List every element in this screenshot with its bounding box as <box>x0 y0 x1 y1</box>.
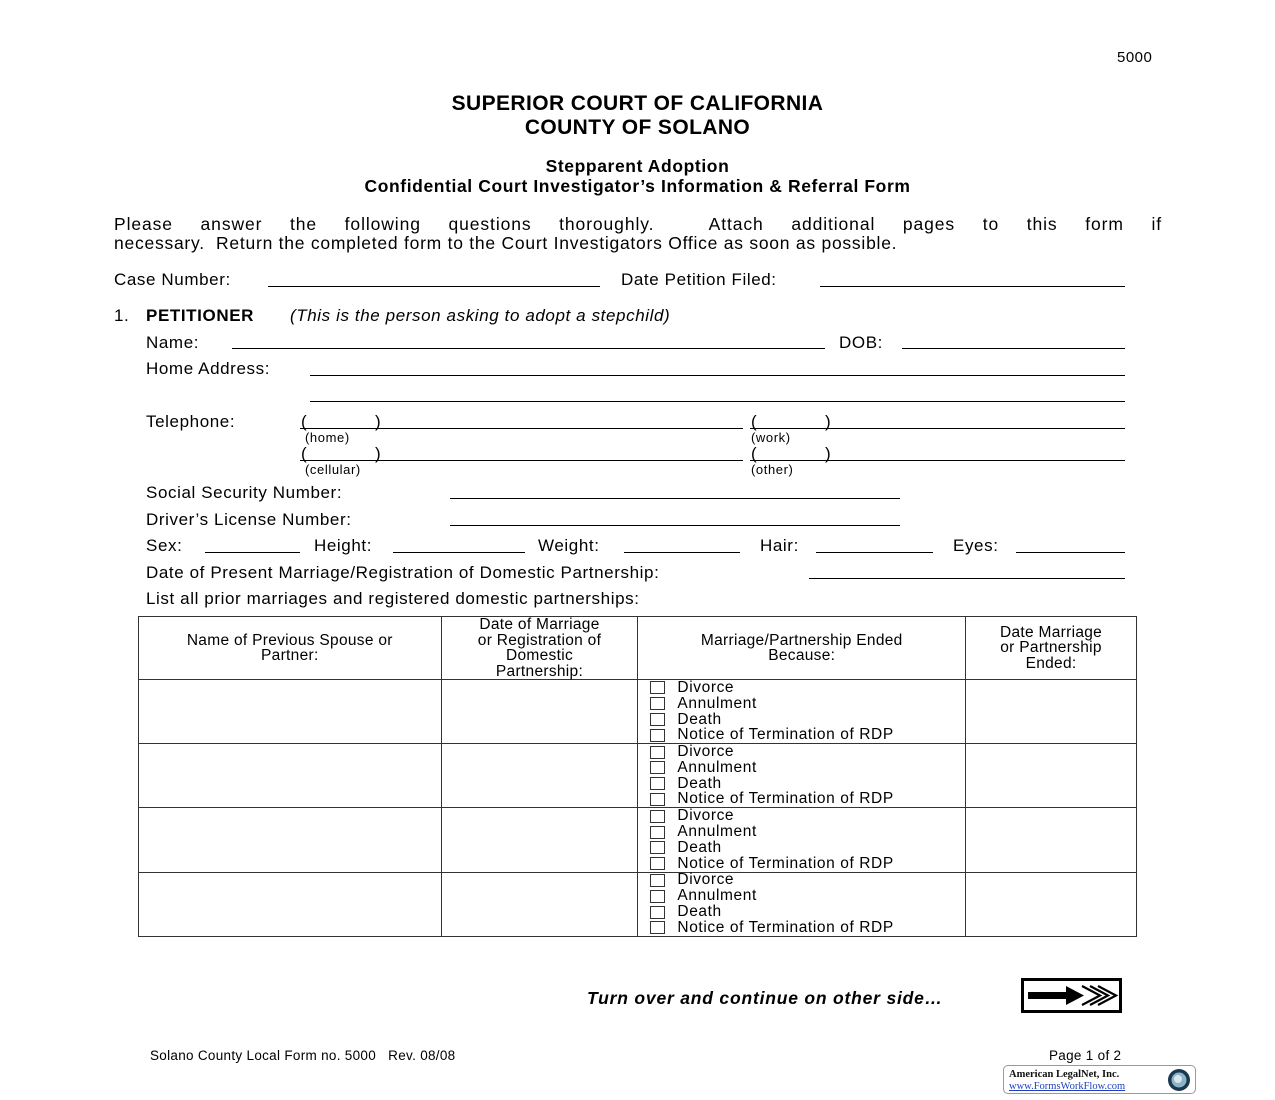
checkbox[interactable] <box>650 761 665 774</box>
ssn-field[interactable] <box>450 498 900 499</box>
checkbox[interactable] <box>650 713 665 726</box>
table-header-row: Name of Previous Spouse orPartner: Date … <box>139 617 1137 680</box>
reason-label: Notice of Termination of RDP <box>677 855 893 873</box>
previous-spouse-cell[interactable] <box>139 680 442 744</box>
prior-marriages-label: List all prior marriages and registered … <box>146 589 640 609</box>
reason-option[interactable]: Death <box>638 904 965 920</box>
ssn-label: Social Security Number: <box>146 483 342 503</box>
arrow-right-icon <box>1021 978 1122 1013</box>
hair-label: Hair: <box>760 536 799 556</box>
reason-option[interactable]: Death <box>638 840 965 856</box>
cell-area-code-open: ( <box>301 444 307 464</box>
ended-because-cell: DivorceAnnulmentDeathNotice of Terminati… <box>638 872 966 936</box>
reason-option[interactable]: Divorce <box>638 873 965 889</box>
header-line: Partner: <box>139 648 441 664</box>
instructions-line1: Please answer the following questions th… <box>114 214 1162 235</box>
reason-option[interactable]: Death <box>638 776 965 792</box>
header-line: or Partnership <box>966 640 1136 656</box>
section-number: 1. <box>114 306 129 326</box>
reason-option[interactable]: Divorce <box>638 680 965 696</box>
phone-work-label: (work) <box>751 430 791 445</box>
checkbox[interactable] <box>650 826 665 839</box>
date-ended-cell[interactable] <box>966 744 1137 808</box>
phone-other-label: (other) <box>751 462 794 477</box>
header-previous-spouse: Name of Previous Spouse orPartner: <box>139 617 442 680</box>
date-ended-cell[interactable] <box>966 680 1137 744</box>
date-petition-filed-label: Date Petition Filed: <box>621 270 777 290</box>
section-title: PETITIONER <box>146 306 254 326</box>
checkbox[interactable] <box>650 841 665 854</box>
home-address-field-line1[interactable] <box>310 375 1125 376</box>
checkbox[interactable] <box>650 793 665 806</box>
drivers-license-field[interactable] <box>450 525 900 526</box>
sex-field[interactable] <box>205 552 300 553</box>
phone-cellular-label: (cellular) <box>305 462 361 477</box>
footer-form-info: Solano County Local Form no. 5000 Rev. 0… <box>150 1048 455 1063</box>
checkbox[interactable] <box>650 906 665 919</box>
checkbox[interactable] <box>650 746 665 759</box>
phone-home-label: (home) <box>305 430 350 445</box>
drivers-license-label: Driver’s License Number: <box>146 510 352 530</box>
header-line: Name of Previous Spouse or <box>139 633 441 649</box>
case-number-label: Case Number: <box>114 270 231 290</box>
reason-option[interactable]: Annulment <box>638 888 965 904</box>
county-name: COUNTY OF SOLANO <box>0 116 1275 140</box>
checkbox[interactable] <box>650 681 665 694</box>
date-of-marriage-cell[interactable] <box>441 808 638 872</box>
previous-spouse-cell[interactable] <box>139 744 442 808</box>
checkbox[interactable] <box>650 857 665 870</box>
previous-spouse-cell[interactable] <box>139 808 442 872</box>
phone-work-field[interactable] <box>750 428 1125 429</box>
header-ended-because: Marriage/Partnership EndedBecause: <box>638 617 966 680</box>
reason-option[interactable]: Annulment <box>638 760 965 776</box>
table-row: DivorceAnnulmentDeathNotice of Terminati… <box>139 744 1137 808</box>
work-area-code-open: ( <box>751 412 757 432</box>
instructions-line2: necessary. Return the completed form to … <box>114 233 897 254</box>
table-row: DivorceAnnulmentDeathNotice of Terminati… <box>139 680 1137 744</box>
name-label: Name: <box>146 333 199 353</box>
reason-option[interactable]: Notice of Termination of RDP <box>638 792 965 808</box>
dob-field[interactable] <box>902 348 1125 349</box>
phone-other-field[interactable] <box>750 460 1125 461</box>
ended-because-cell: DivorceAnnulmentDeathNotice of Terminati… <box>638 744 966 808</box>
telephone-label: Telephone: <box>146 412 235 432</box>
checkbox[interactable] <box>650 729 665 742</box>
checkbox[interactable] <box>650 810 665 823</box>
weight-label: Weight: <box>538 536 600 556</box>
sex-label: Sex: <box>146 536 182 556</box>
reason-option[interactable]: Annulment <box>638 824 965 840</box>
home-area-code-open: ( <box>301 412 307 432</box>
weight-field[interactable] <box>624 552 740 553</box>
footer-page-info: Page 1 of 2 <box>1049 1048 1121 1063</box>
date-of-marriage-cell[interactable] <box>441 872 638 936</box>
checkbox[interactable] <box>650 890 665 903</box>
eyes-field[interactable] <box>1016 552 1125 553</box>
header-date-of-marriage: Date of Marriageor Registration ofDomest… <box>441 617 638 680</box>
prior-marriages-table: Name of Previous Spouse orPartner: Date … <box>138 616 1137 937</box>
checkbox[interactable] <box>650 874 665 887</box>
header-line: Date of Marriage <box>442 617 638 633</box>
section-note: (This is the person asking to adopt a st… <box>290 306 670 326</box>
checkbox[interactable] <box>650 921 665 934</box>
vendor-badge[interactable]: American LegalNet, Inc. www.FormsWorkFlo… <box>1003 1065 1196 1094</box>
other-area-code-open: ( <box>751 444 757 464</box>
form-subtitle: Stepparent Adoption <box>0 156 1275 177</box>
reason-option[interactable]: Divorce <box>638 808 965 824</box>
table-row: DivorceAnnulmentDeathNotice of Terminati… <box>139 808 1137 872</box>
header-line: Because: <box>638 648 965 664</box>
home-address-field-line2[interactable] <box>310 401 1125 402</box>
ended-because-cell: DivorceAnnulmentDeathNotice of Terminati… <box>638 808 966 872</box>
date-ended-cell[interactable] <box>966 872 1137 936</box>
header-line: Partnership: <box>442 664 638 680</box>
checkbox[interactable] <box>650 697 665 710</box>
header-line: Domestic <box>442 648 638 664</box>
reason-option[interactable]: Divorce <box>638 744 965 760</box>
other-area-code-close: ) <box>825 444 831 464</box>
home-address-label: Home Address: <box>146 359 270 379</box>
table-row: DivorceAnnulmentDeathNotice of Terminati… <box>139 872 1137 936</box>
globe-logo-icon <box>1167 1068 1191 1092</box>
work-area-code-close: ) <box>825 412 831 432</box>
reason-option[interactable]: Death <box>638 712 965 728</box>
previous-spouse-cell[interactable] <box>139 872 442 936</box>
reason-label: Notice of Termination of RDP <box>677 919 893 937</box>
reason-label: Notice of Termination of RDP <box>677 726 893 744</box>
phone-cellular-field[interactable] <box>300 460 743 461</box>
date-ended-cell[interactable] <box>966 808 1137 872</box>
eyes-label: Eyes: <box>953 536 999 556</box>
reason-option[interactable]: Notice of Termination of RDP <box>638 856 965 872</box>
form-number: 5000 <box>1117 49 1152 66</box>
continue-note: Turn over and continue on other side… <box>587 988 943 1009</box>
vendor-name: American LegalNet, Inc. <box>1009 1069 1119 1080</box>
dob-label: DOB: <box>839 333 883 353</box>
date-of-marriage-cell[interactable] <box>441 680 638 744</box>
vendor-link[interactable]: www.FormsWorkFlow.com <box>1009 1081 1125 1092</box>
case-number-field[interactable] <box>268 286 600 287</box>
phone-home-field[interactable] <box>300 428 743 429</box>
reason-label: Notice of Termination of RDP <box>677 790 893 808</box>
reason-option[interactable]: Annulment <box>638 696 965 712</box>
height-label: Height: <box>314 536 372 556</box>
header-line: Date Marriage <box>966 625 1136 641</box>
reason-option[interactable]: Notice of Termination of RDP <box>638 920 965 936</box>
cell-area-code-close: ) <box>375 444 381 464</box>
court-name: SUPERIOR COURT OF CALIFORNIA <box>0 92 1275 116</box>
date-of-marriage-cell[interactable] <box>441 744 638 808</box>
present-marriage-label: Date of Present Marriage/Registration of… <box>146 563 659 583</box>
header-line: Marriage/Partnership Ended <box>638 633 965 649</box>
home-area-code-close: ) <box>375 412 381 432</box>
hair-field[interactable] <box>816 552 933 553</box>
header-line: or Registration of <box>442 633 638 649</box>
height-field[interactable] <box>393 552 525 553</box>
form-title: Confidential Court Investigator’s Inform… <box>0 176 1275 197</box>
header-date-ended: Date Marriageor PartnershipEnded: <box>966 617 1137 680</box>
ended-because-cell: DivorceAnnulmentDeathNotice of Terminati… <box>638 680 966 744</box>
date-petition-filed-field[interactable] <box>820 286 1125 287</box>
present-marriage-field[interactable] <box>809 578 1125 579</box>
name-field[interactable] <box>232 348 825 349</box>
header-line: Ended: <box>966 656 1136 672</box>
checkbox[interactable] <box>650 777 665 790</box>
reason-option[interactable]: Notice of Termination of RDP <box>638 727 965 743</box>
